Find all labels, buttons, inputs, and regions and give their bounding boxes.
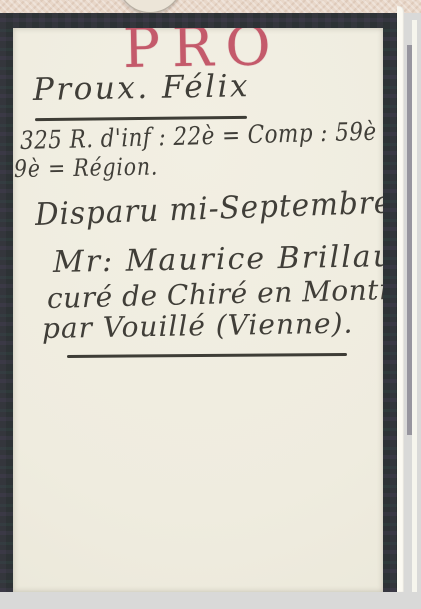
- bottom-rule: [67, 353, 347, 358]
- soldier-name: Proux. Félix: [33, 71, 250, 106]
- unit-line: 325 R. d'inf : 22è = Comp : 59è divisi: [20, 117, 383, 153]
- background-paper-strip: [0, 0, 421, 13]
- status-line: Disparu mi-Septembre: [34, 188, 383, 231]
- page-edge: [397, 6, 404, 592]
- contact-address-line: par Vouillé (Vienne).: [42, 310, 354, 343]
- record-card: PRO Proux. Félix 325 R. d'inf : 22è = Co…: [13, 28, 383, 592]
- page-edge-highlight: [412, 20, 417, 592]
- contact-name-line: Mr: Maurice Brillaud: [53, 242, 383, 278]
- region-line: 9è = Région.: [14, 154, 159, 181]
- record-card-photo: PRO Proux. Félix 325 R. d'inf : 22è = Co…: [0, 0, 421, 609]
